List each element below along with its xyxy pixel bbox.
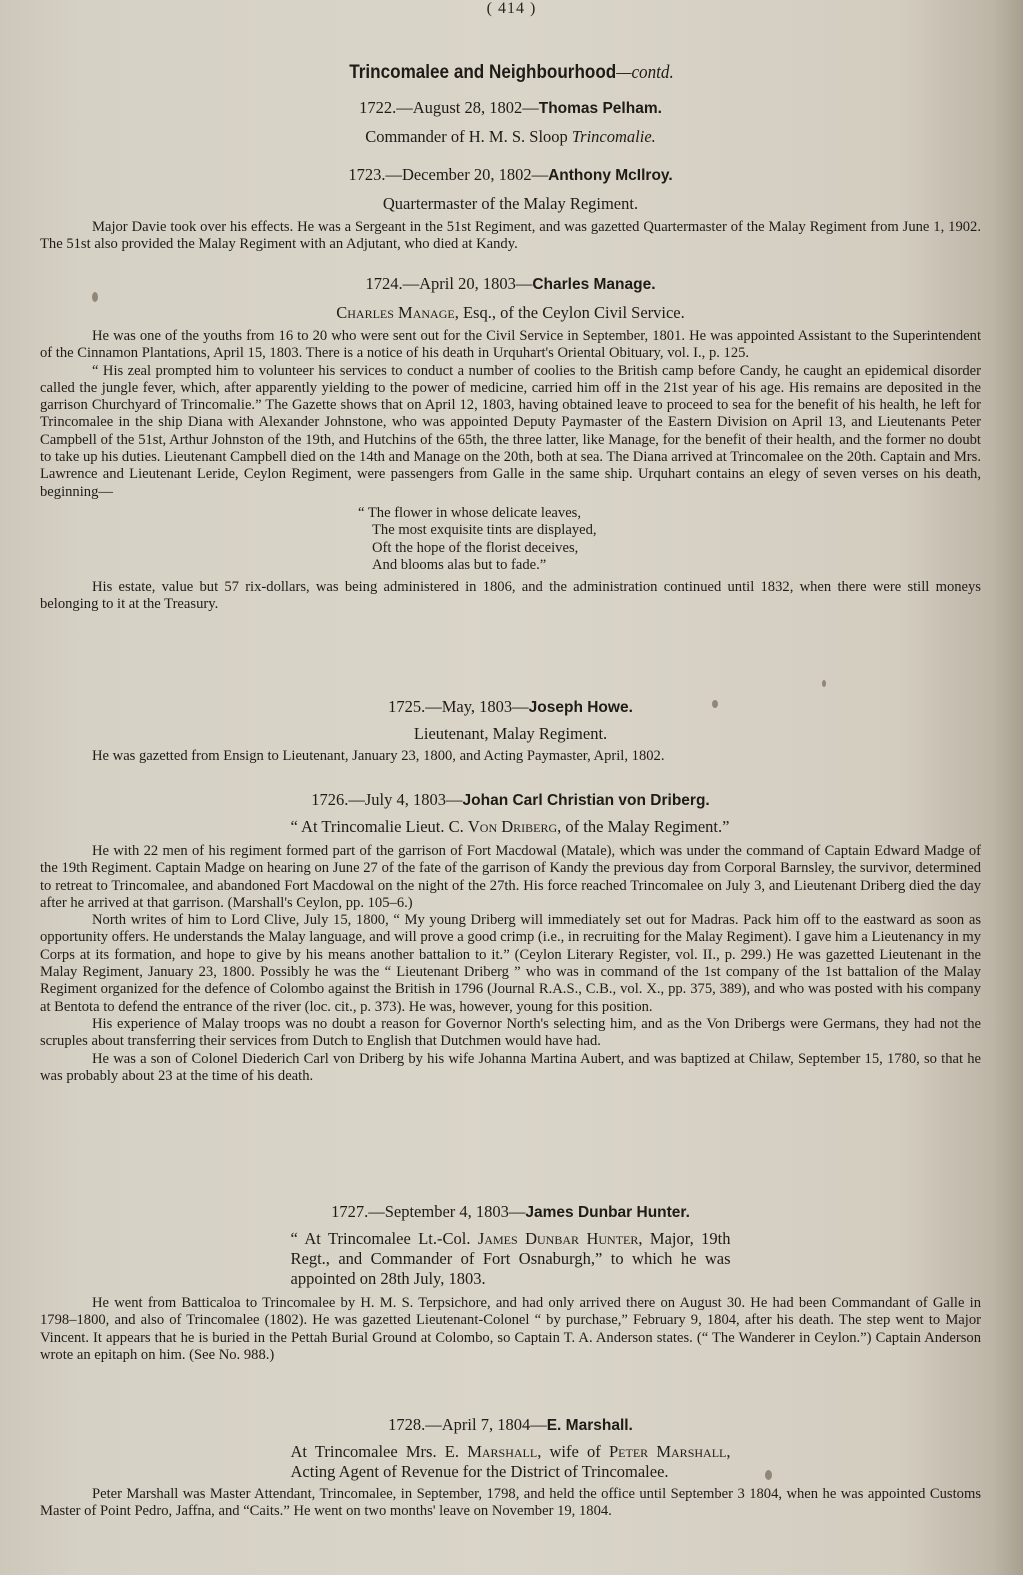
entry-paragraph: He was a son of Colonel Diederich Carl v… <box>40 1051 981 1086</box>
entry-name: Anthony McIlroy. <box>548 167 673 184</box>
entry-name: Johan Carl Christian von Driberg. <box>463 792 710 809</box>
entry-1723: 1723.—December 20, 1802—Anthony McIlroy.… <box>40 163 981 254</box>
entry-paragraph: His experience of Malay troops was no do… <box>40 1016 981 1051</box>
entry-inscription: Commander of H. M. S. Sloop Trincomalie. <box>40 125 981 149</box>
entry-heading: 1726.—July 4, 1803—Johan Carl Christian … <box>40 788 981 813</box>
elegy-verse: “ The flower in whose delicate leaves, T… <box>358 505 981 575</box>
entry-heading: 1722.—August 28, 1802—Thomas Pelham. <box>40 96 981 121</box>
entry-inscription: “ At Trincomalee Lt.-Col. James Dunbar H… <box>291 1229 731 1289</box>
section-title: Trincomalee and Neighbourhood—contd. <box>51 62 972 84</box>
entry-paragraph: His estate, value but 57 rix-dollars, wa… <box>40 579 981 614</box>
entry-1722: 1722.—August 28, 1802—Thomas Pelham. Com… <box>40 96 981 149</box>
entry-paragraph: “ His zeal prompted him to volunteer his… <box>40 363 981 501</box>
entry-paragraph: He was gazetted from Ensign to Lieutenan… <box>40 748 981 765</box>
entry-heading: 1724.—April 20, 1803—Charles Manage. <box>40 272 981 297</box>
entry-1728: 1728.—April 7, 1804—E. Marshall. At Trin… <box>40 1413 981 1521</box>
entry-paragraph: He went from Batticaloa to Trincomalee b… <box>40 1295 981 1364</box>
page-number: ( 414 ) <box>0 0 1023 18</box>
entry-inscription: “ At Trincomalie Lieut. C. Von Driberg, … <box>291 817 731 837</box>
entry-1725: 1725.—May, 1803—Joseph Howe. Lieutenant,… <box>40 695 981 765</box>
entry-inscription: Charles Manage, Esq., of the Ceylon Civi… <box>40 301 981 325</box>
paper-stain <box>92 292 98 302</box>
paper-stain <box>712 700 718 708</box>
entry-name: James Dunbar Hunter. <box>525 1204 690 1221</box>
entry-paragraph: He with 22 men of his regiment formed pa… <box>40 843 981 912</box>
entry-paragraph: He was one of the youths from 16 to 20 w… <box>40 328 981 363</box>
entry-heading: 1723.—December 20, 1802—Anthony McIlroy. <box>40 163 981 188</box>
paper-stain <box>765 1470 772 1480</box>
entry-1727: 1727.—September 4, 1803—James Dunbar Hun… <box>40 1200 981 1364</box>
entry-heading: 1728.—April 7, 1804—E. Marshall. <box>40 1413 981 1438</box>
entry-1724: 1724.—April 20, 1803—Charles Manage. Cha… <box>40 272 981 614</box>
entry-name: Joseph Howe. <box>529 699 633 716</box>
entry-paragraph: North writes of him to Lord Clive, July … <box>40 912 981 1016</box>
entry-name: Charles Manage. <box>532 276 655 293</box>
entry-inscription: Quartermaster of the Malay Regiment. <box>40 192 981 216</box>
entry-1726: 1726.—July 4, 1803—Johan Carl Christian … <box>40 788 981 1085</box>
section-title-suffix: —contd. <box>616 62 673 83</box>
entry-paragraph: Peter Marshall was Master Attendant, Tri… <box>40 1486 981 1521</box>
paper-stain <box>822 680 826 687</box>
entry-inscription: Lieutenant, Malay Regiment. <box>40 722 981 746</box>
entry-heading: 1727.—September 4, 1803—James Dunbar Hun… <box>40 1200 981 1225</box>
entry-inscription: At Trincomalee Mrs. E. Marshall, wife of… <box>291 1442 731 1482</box>
entry-name: E. Marshall. <box>547 1417 633 1434</box>
book-page: ( 414 ) Trincomalee and Neighbourhood—co… <box>0 0 1023 1575</box>
entry-heading: 1725.—May, 1803—Joseph Howe. <box>40 695 981 720</box>
entry-name: Thomas Pelham. <box>539 100 662 117</box>
entry-paragraph: Major Davie took over his effects. He wa… <box>40 219 981 254</box>
